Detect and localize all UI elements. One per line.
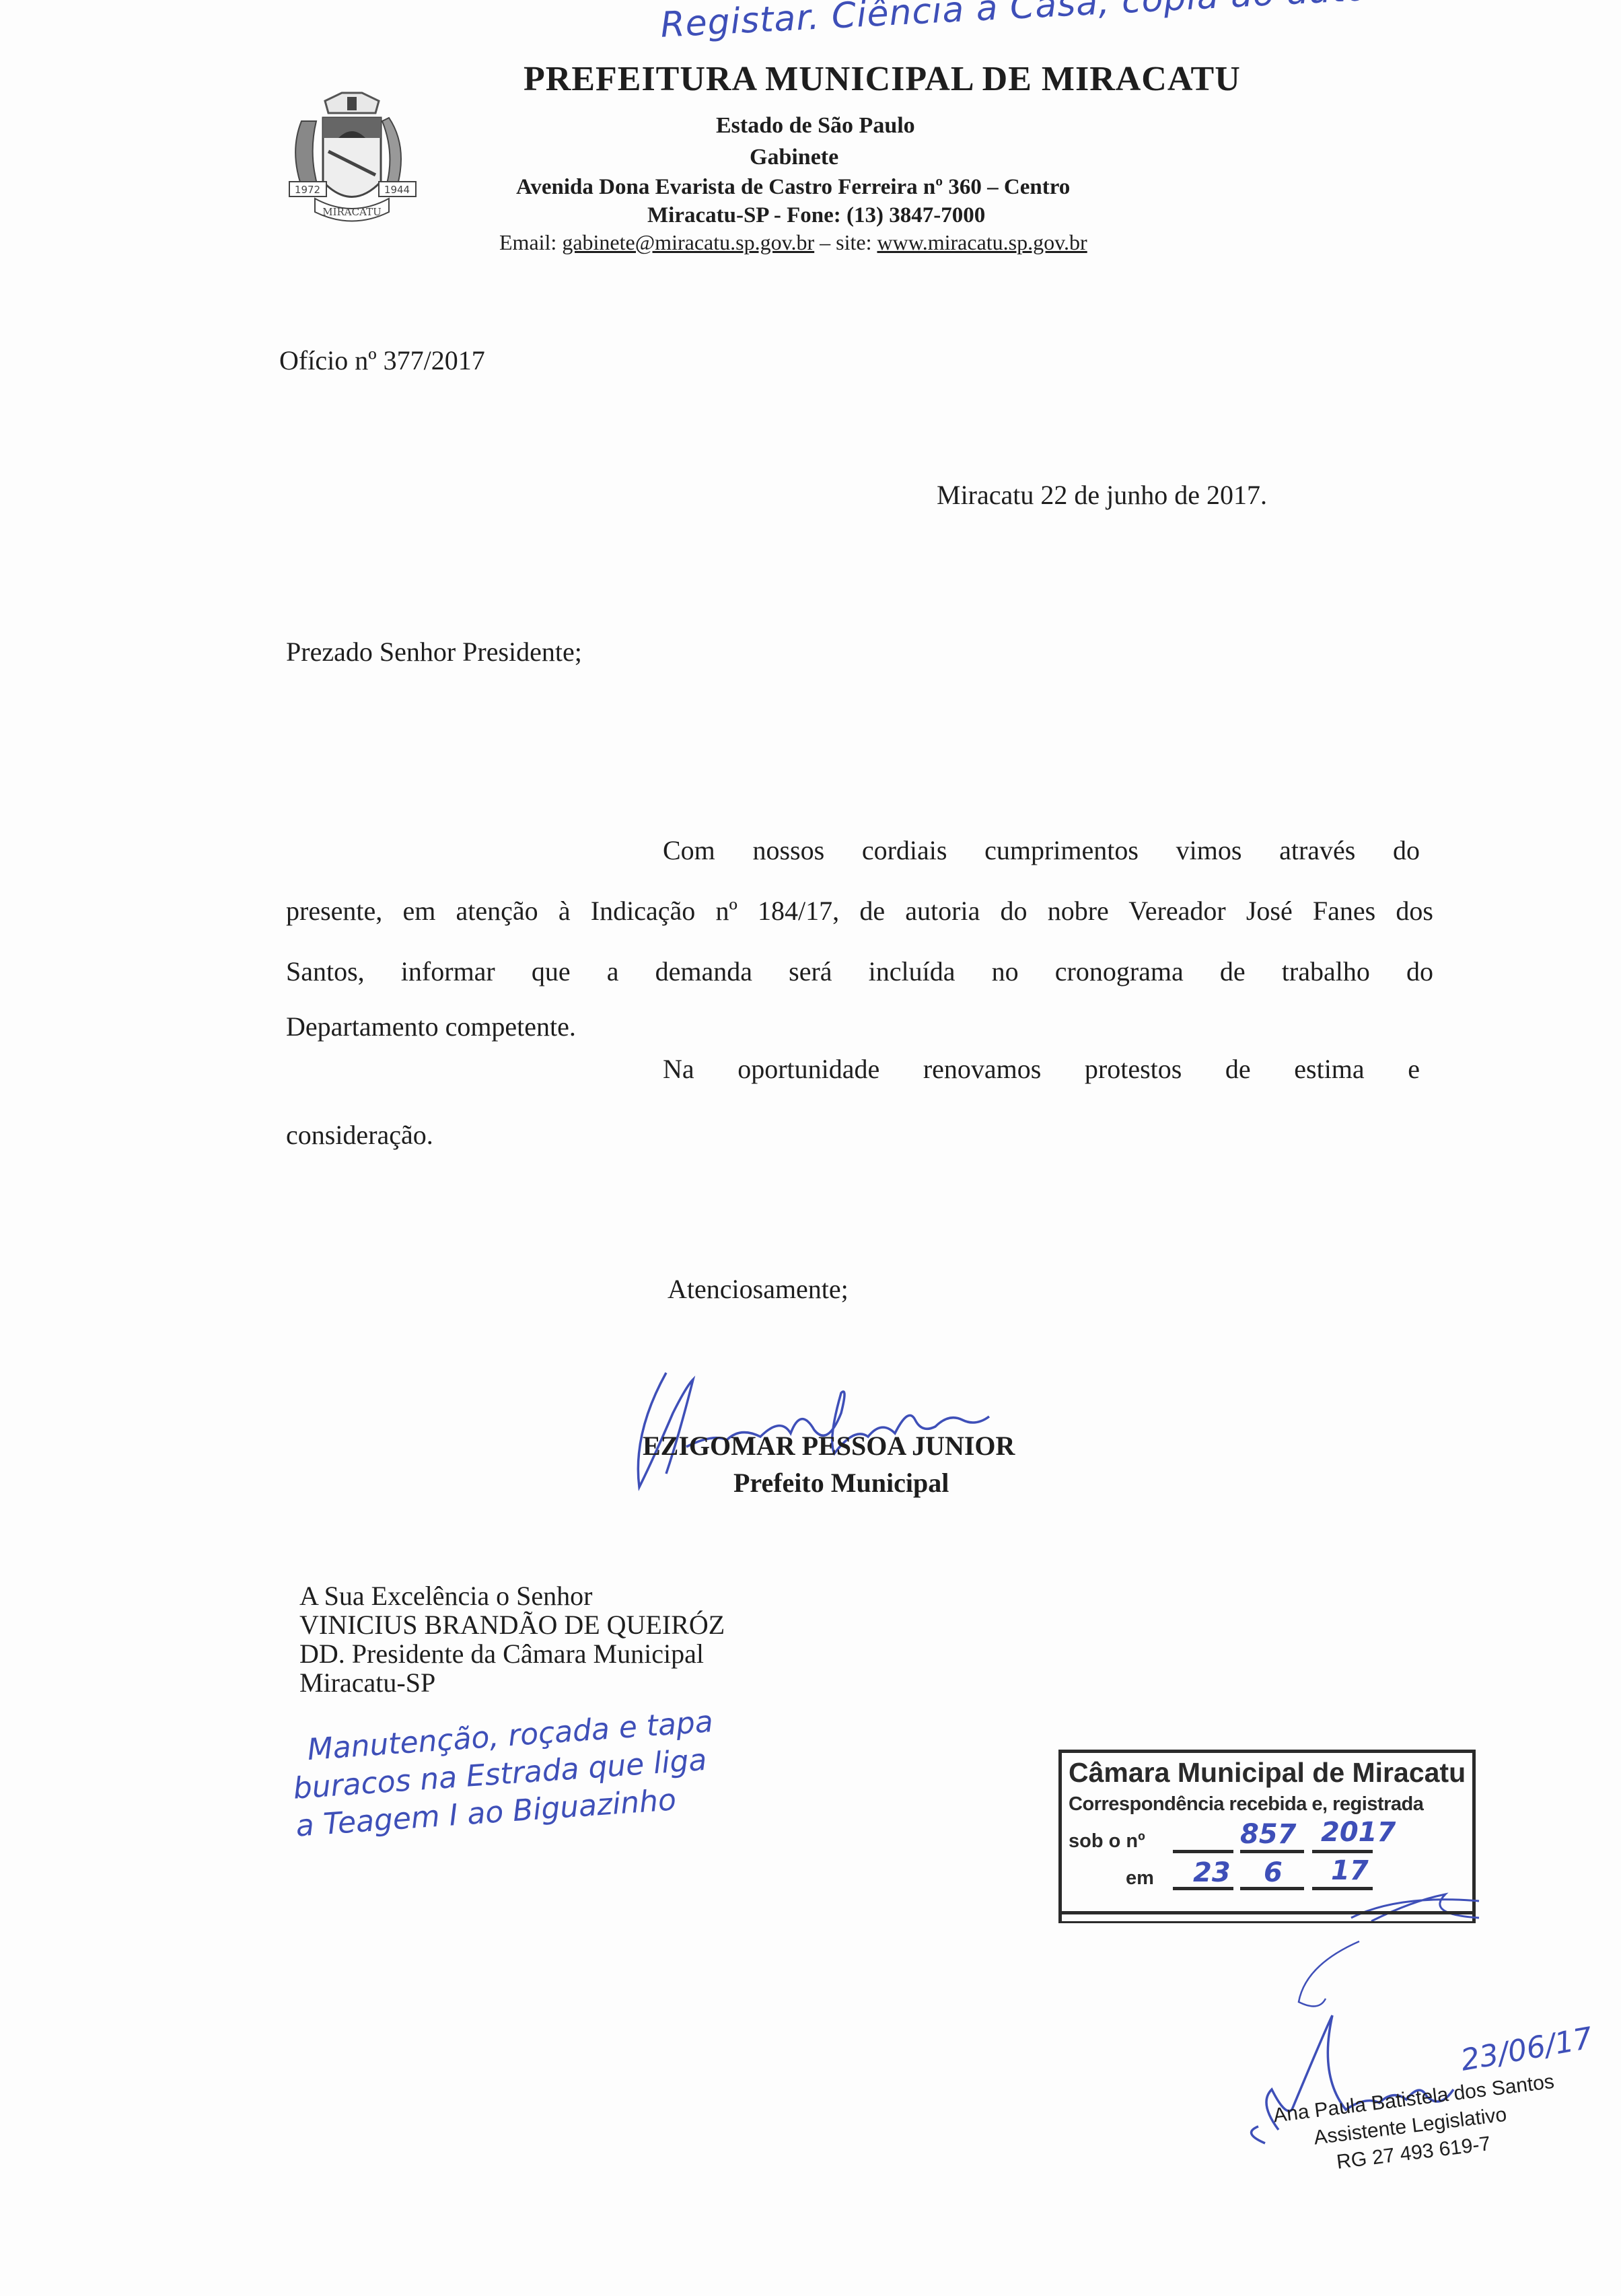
stamp-subtitle: Correspondência recebida e, registrada xyxy=(1069,1793,1423,1816)
stamp-number-label: sob o nº xyxy=(1069,1830,1145,1853)
letter-date: Miracatu 22 de junho de 2017. xyxy=(937,479,1267,511)
svg-text:1944: 1944 xyxy=(384,184,410,196)
handwritten-subject-note: Manutenção, roçada e tapa buracos na Est… xyxy=(289,1703,719,1845)
closing: Atenciosamente; xyxy=(668,1273,849,1305)
state-name: Estado de São Paulo xyxy=(716,113,915,139)
email-label: Email: xyxy=(499,230,562,254)
svg-text:1972: 1972 xyxy=(295,184,320,196)
address: Avenida Dona Evarista de Castro Ferreira… xyxy=(516,175,1070,200)
oficio-reference: Ofício nº 377/2017 xyxy=(279,345,485,376)
stamp-number-year: 2017 xyxy=(1321,1817,1396,1848)
paragraph-line: Na oportunidade renovamos protestos de e… xyxy=(663,1053,1420,1085)
stamp-date-label: em xyxy=(1126,1867,1154,1890)
recipient-block: A Sua Excelência o Senhor VINICIUS BRAND… xyxy=(299,1581,725,1697)
stamp-date-month: 6 xyxy=(1264,1857,1283,1888)
city-phone: Miracatu-SP - Fone: (13) 3847-7000 xyxy=(647,203,985,228)
site-label: – site: xyxy=(814,230,877,254)
stamp-number-value: 857 xyxy=(1240,1819,1297,1850)
paragraph-line: Com nossos cordiais cumprimentos vimos a… xyxy=(663,834,1420,866)
handwritten-dispatch-note: Registar. Ciência à Casa, cópia ao autor… xyxy=(659,0,1566,46)
contact-line: Email: gabinete@miracatu.sp.gov.br – sit… xyxy=(499,230,1087,255)
site-link[interactable]: www.miracatu.sp.gov.br xyxy=(877,230,1087,254)
signer-name: EZIGOMAR PESSOA JUNIOR xyxy=(643,1430,1015,1462)
paragraph-line: presente, em atenção à Indicação nº 184/… xyxy=(286,895,1433,927)
signer-title: Prefeito Municipal xyxy=(733,1467,949,1499)
stamp-bottom-rule xyxy=(1058,1911,1476,1923)
recipient-line: DD. Presidente da Câmara Municipal xyxy=(299,1639,725,1668)
email-link[interactable]: gabinete@miracatu.sp.gov.br xyxy=(562,230,814,254)
municipal-crest-icon: 1972 1944 MIRACATU xyxy=(275,87,429,232)
salutation: Prezado Senhor Presidente; xyxy=(286,636,582,668)
recipient-line: Miracatu-SP xyxy=(299,1668,725,1697)
stamp-date-year: 17 xyxy=(1331,1855,1369,1886)
stamp-date-day: 23 xyxy=(1193,1857,1231,1888)
department-name: Gabinete xyxy=(750,145,838,170)
prefeitura-title: PREFEITURA MUNICIPAL DE MIRACATU xyxy=(524,59,1241,99)
paragraph-line: Santos, informar que a demanda será incl… xyxy=(286,956,1433,987)
recipient-name: VINICIUS BRANDÃO DE QUEIRÓZ xyxy=(299,1610,725,1639)
recipient-line: A Sua Excelência o Senhor xyxy=(299,1581,725,1610)
receipt-stamp: Câmara Municipal de Miracatu Correspondê… xyxy=(1058,1750,1476,1921)
stamp-title: Câmara Municipal de Miracatu xyxy=(1069,1757,1466,1789)
paragraph-line: consideração. xyxy=(286,1119,433,1151)
paragraph-line: Departamento competente. xyxy=(286,1011,576,1042)
svg-text:MIRACATU: MIRACATU xyxy=(322,206,382,218)
